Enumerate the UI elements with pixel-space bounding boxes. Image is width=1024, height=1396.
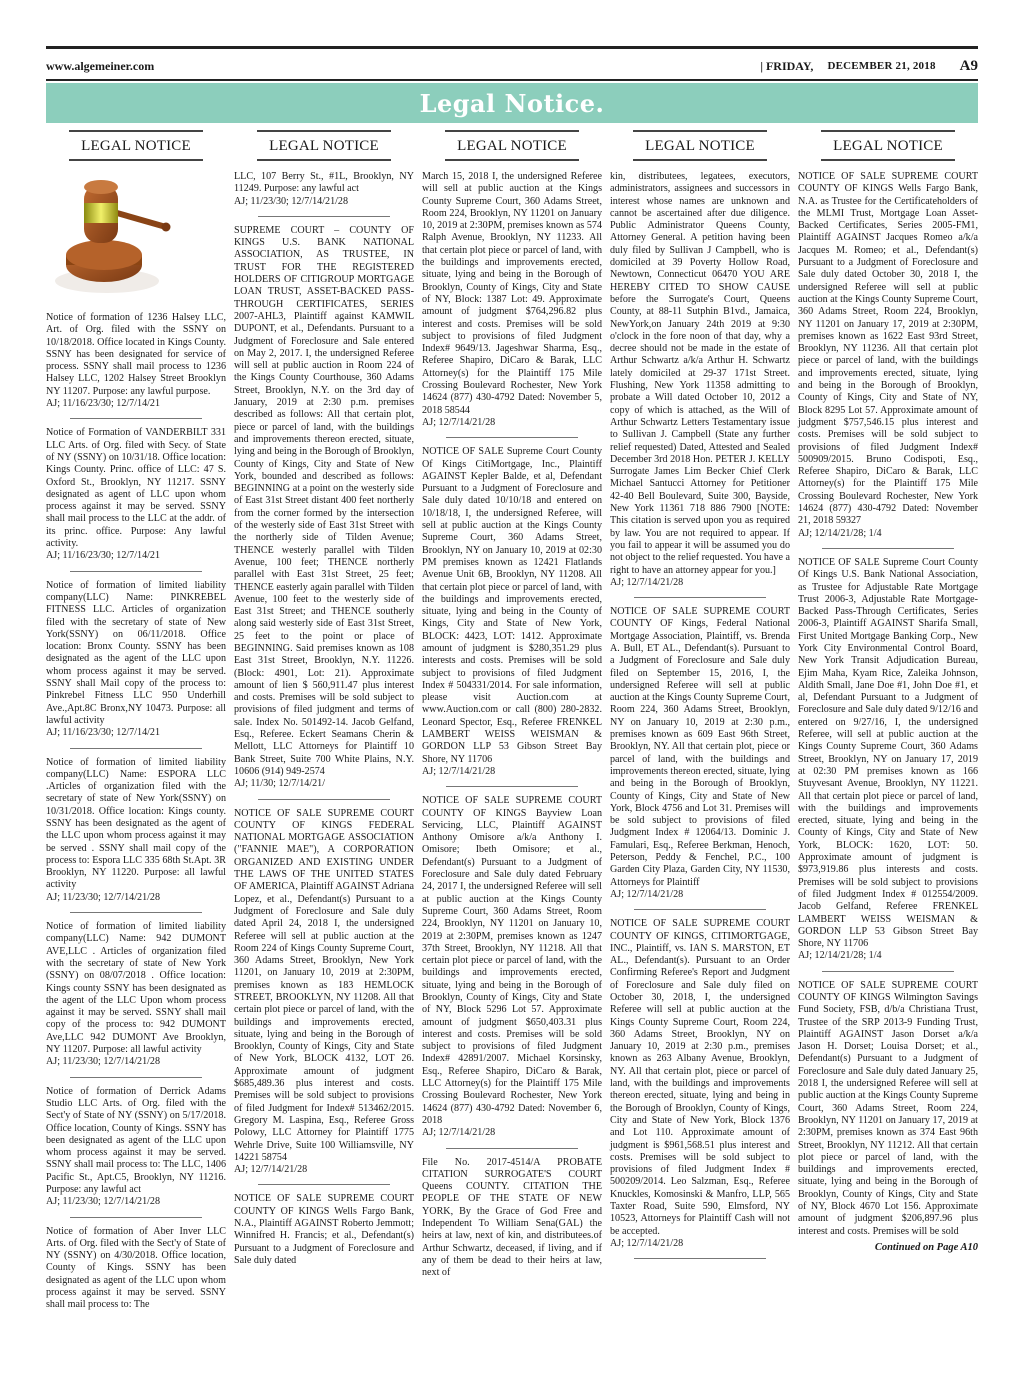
masthead-right: | FRIDAY, DECEMBER 21, 2018 A9: [760, 58, 978, 75]
top-rule: [46, 46, 978, 49]
notice-run-dates: AJ; 11/16/23/30; 12/7/14/21: [46, 550, 226, 562]
column-heading: LEGAL NOTICE: [445, 130, 579, 161]
column-heading: LEGAL NOTICE: [69, 130, 203, 161]
section-title: Legal Notice.: [420, 89, 605, 118]
notice-divider: [258, 799, 390, 800]
notice-text: NOTICE OF SALE SUPREME COURT COUNTY OF K…: [610, 606, 790, 889]
notice-text: NOTICE OF SALE SUPREME COURT COUNTY OF K…: [422, 795, 602, 1127]
legal-notice: Notice of formation of limited liability…: [46, 757, 226, 905]
notice-run-dates: AJ; 11/23/30; 12/7/14/21/28: [46, 1056, 226, 1068]
notice-run-dates: AJ; 12/7/14/21/28: [610, 577, 790, 589]
legal-notice: NOTICE OF SALE Supreme Court County Of K…: [422, 446, 602, 778]
masthead-rule: [46, 79, 978, 81]
notice-text: kin, distributees, legatees, executors, …: [610, 171, 790, 577]
notice-text: LLC, 107 Berry St., #1L, Brooklyn, NY 11…: [234, 171, 414, 196]
notice-text: File No. 2017-4514/A PROBATE CITATION SU…: [422, 1157, 602, 1280]
continued-link[interactable]: Continued on Page A10: [798, 1242, 978, 1253]
legal-notice: Notice of formation of Derrick Adams Stu…: [46, 1086, 226, 1209]
notice-text: Notice of formation of Aber Inver LLC Ar…: [46, 1226, 226, 1312]
notice-text: NOTICE OF SALE SUPREME COURT COUNTY OF K…: [798, 980, 978, 1238]
notice-text: NOTICE OF SALE SUPREME COURT COUNTY OF K…: [610, 918, 790, 1238]
notice-text: March 15, 2018 I, the undersigned Refere…: [422, 171, 602, 417]
legal-notice: NOTICE OF SALE SUPREME COURT COUNTY OF K…: [422, 795, 602, 1139]
column-heading: LEGAL NOTICE: [821, 130, 955, 161]
notice-text: Notice of formation of limited liability…: [46, 757, 226, 892]
notice-text: NOTICE OF SALE SUPREME COURT COUNTY OF K…: [798, 171, 978, 528]
notice-divider: [634, 1258, 766, 1259]
notice-divider: [70, 748, 202, 749]
column-1: LEGAL NOTICE: [46, 130, 226, 1312]
legal-notice: NOTICE OF SALE SUPREME COURT COUNTY OF K…: [798, 980, 978, 1238]
page-number: A9: [960, 58, 978, 75]
legal-notice: March 15, 2018 I, the undersigned Refere…: [422, 171, 602, 429]
section-banner: Legal Notice.: [46, 83, 978, 123]
notice-divider: [70, 1217, 202, 1218]
notice-divider: [258, 1184, 390, 1185]
notice-divider: [258, 216, 390, 217]
site-url[interactable]: www.algemeiner.com: [46, 59, 154, 74]
notice-run-dates: AJ; 11/23/30; 12/7/14/21/28: [234, 196, 414, 208]
notice-run-dates: AJ; 12/7/14/21/28: [422, 766, 602, 778]
legal-notice: SUPREME COURT – COUNTY OF KINGS U.S. BAN…: [234, 225, 414, 791]
legal-notice: NOTICE OF SALE SUPREME COURT COUNTY OF K…: [610, 918, 790, 1250]
notice-text: NOTICE OF SALE Supreme Court County Of K…: [422, 446, 602, 766]
notice-run-dates: AJ; 12/14/21/28; 1/4: [798, 950, 978, 962]
legal-notice: LLC, 107 Berry St., #1L, Brooklyn, NY 11…: [234, 171, 414, 208]
legal-notice: Notice of formation of limited liability…: [46, 921, 226, 1069]
notice-divider: [70, 571, 202, 572]
notice-divider: [446, 786, 578, 787]
legal-notice: NOTICE OF SALE SUPREME COURT COUNTY OF K…: [234, 1193, 414, 1267]
notice-run-dates: AJ; 12/14/21/28; 1/4: [798, 528, 978, 540]
notice-divider: [822, 971, 954, 972]
column-4: LEGAL NOTICE kin, distributees, legatees…: [610, 130, 790, 1312]
notice-text: Notice of formation of limited liability…: [46, 921, 226, 1056]
column-2: LEGAL NOTICE LLC, 107 Berry St., #1L, Br…: [234, 130, 414, 1312]
legal-notice: Notice of Formation of VANDERBILT 331 LL…: [46, 427, 226, 562]
issue-day: | FRIDAY,: [760, 59, 813, 74]
notice-run-dates: AJ; 11/16/23/30; 12/7/14/21: [46, 398, 226, 410]
notice-run-dates: AJ; 12/7/14/21/28: [610, 1238, 790, 1250]
column-5: LEGAL NOTICE NOTICE OF SALE SUPREME COUR…: [798, 130, 978, 1312]
issue-date: DECEMBER 21, 2018: [827, 60, 935, 72]
legal-notice: kin, distributees, legatees, executors, …: [610, 171, 790, 589]
notice-text: SUPREME COURT – COUNTY OF KINGS U.S. BAN…: [234, 225, 414, 778]
notice-text: Notice of formation of 1236 Halsey LLC, …: [46, 312, 226, 398]
legal-notice: NOTICE OF SALE SUPREME COURT COUNTY OF K…: [798, 171, 978, 540]
legal-notice: Notice of formation of Aber Inver LLC Ar…: [46, 1226, 226, 1312]
notice-text: Notice of formation of Derrick Adams Stu…: [46, 1086, 226, 1197]
notice-run-dates: AJ; 11/16/23/30; 12/7/14/21: [46, 727, 226, 739]
notice-text: NOTICE OF SALE Supreme Court County Of K…: [798, 557, 978, 951]
notice-divider: [822, 548, 954, 549]
notice-text: NOTICE OF SALE SUPREME COURT COUNTY OF K…: [234, 1193, 414, 1267]
legal-notice: NOTICE OF SALE SUPREME COURT COUNTY OF K…: [610, 606, 790, 901]
notice-divider: [70, 418, 202, 419]
notice-run-dates: AJ; 12/7/14/21/28: [610, 889, 790, 901]
legal-notice: Notice of formation of limited liability…: [46, 580, 226, 740]
legal-notice: File No. 2017-4514/A PROBATE CITATION SU…: [422, 1157, 602, 1280]
column-heading: LEGAL NOTICE: [633, 130, 767, 161]
notice-divider: [634, 597, 766, 598]
notice-text: Notice of formation of limited liability…: [46, 580, 226, 728]
legal-notice: NOTICE OF SALE Supreme Court County Of K…: [798, 557, 978, 963]
legal-notice: NOTICE OF SALE SUPREME COURT COUNTY OF K…: [234, 808, 414, 1177]
notice-text: Notice of Formation of VANDERBILT 331 LL…: [46, 427, 226, 550]
column-heading: LEGAL NOTICE: [257, 130, 391, 161]
notice-divider: [70, 912, 202, 913]
notice-divider: [446, 437, 578, 438]
gavel-icon: [52, 173, 172, 298]
notice-run-dates: AJ; 12/7/14/21/28: [234, 1164, 414, 1176]
notice-run-dates: AJ; 11/23/30; 12/7/14/21/28: [46, 892, 226, 904]
notice-columns: LEGAL NOTICE: [46, 130, 978, 1312]
masthead: www.algemeiner.com | FRIDAY, DECEMBER 21…: [46, 55, 978, 77]
notice-run-dates: AJ; 11/30; 12/7/14/21/: [234, 778, 414, 790]
notice-divider: [70, 1077, 202, 1078]
legal-notice: Notice of formation of 1236 Halsey LLC, …: [46, 312, 226, 410]
notice-run-dates: AJ; 12/7/14/21/28: [422, 1127, 602, 1139]
notice-divider: [634, 909, 766, 910]
column-3: LEGAL NOTICE March 15, 2018 I, the under…: [422, 130, 602, 1312]
notice-divider: [446, 1148, 578, 1149]
notice-run-dates: AJ; 12/7/14/21/28: [422, 417, 602, 429]
notice-text: NOTICE OF SALE SUPREME COURT COUNTY OF K…: [234, 808, 414, 1165]
notice-run-dates: AJ; 11/23/30; 12/7/14/21/28: [46, 1196, 226, 1208]
